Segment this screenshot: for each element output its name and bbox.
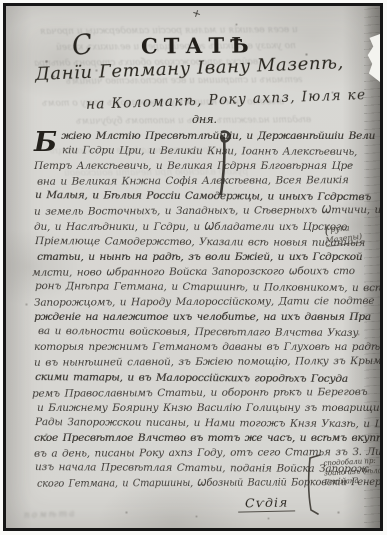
manuscript-body: Б жіею Млстію Пресвѣтлѣйшіи, и Державнѣй… <box>34 129 338 491</box>
manuscript-line: ремъ Православнымъ Статьи, и оборонѣ рѣк… <box>32 385 338 402</box>
bottom-margin-note: сподобали пр: здано изъ дѣла Гетмана <box>323 456 383 488</box>
manuscript-line: ронъ Днѣпра Гетмана, и Старшинѣ, и Полко… <box>35 279 339 296</box>
manuscript-line: ва и вольности войсковыя, Пресвѣтлаго Вл… <box>38 324 339 341</box>
signature-sudiya: Сѵдія <box>238 494 296 512</box>
manuscript-line: ское Пресвѣтлое Влчство въ тотъ же часъ,… <box>34 431 338 446</box>
manuscript-line: млсти, ново ѡбранного Войска Запорозског… <box>32 264 338 281</box>
manuscript-line: ского Гетмана, и Старшины, Ѡбозный Васил… <box>37 475 338 492</box>
manuscript-line: въ а день, писаны Року ахпз Году, отъ се… <box>34 445 338 462</box>
manuscript-line: и земель Восточныхъ, и Западныхъ, и Сѣве… <box>34 204 338 221</box>
faded-smudge-note: помѣта <box>24 509 77 521</box>
manuscript-line: Запорожцомъ, и Народу Малороссійскому, Д… <box>34 294 338 311</box>
margin-note-paren: ( <box>324 225 330 235</box>
paper-specks <box>6 6 7 7</box>
manuscript-line: которыя прежнимъ Гетманомъ даваны въ Глу… <box>34 340 338 355</box>
subtitle-place-date: на Коломакѣ, Року ахпз, Іюля ке <box>86 87 367 113</box>
manuscript-line: и въ нынѣшней славной, зъ Бжіею помощію,… <box>34 355 338 372</box>
cross-mark: + <box>190 6 203 21</box>
title-swash: С <box>70 29 95 63</box>
manuscript-line: кіи Гсдри Цри, и Великіи Кнзи, Іоаннъ Ал… <box>33 143 339 160</box>
page-title: СТАТѢ <box>141 32 255 58</box>
manuscript-line: Рады Запорожскои писаны, и Нами тогожъ К… <box>35 415 339 432</box>
manuscript-line: Пріемлюще Самодержство, Указали всѣ новы… <box>35 234 339 251</box>
manuscript-line: жіею Млстію Пресвѣтлѣйшіи, и Державнѣйші… <box>34 129 338 144</box>
manuscript-line: ди, и Наслѣдники, и Гсдри, и Ѡбладатели … <box>34 220 338 235</box>
manuscript-line: и Ближнему Боярину Кнзю Василію Голицыну… <box>37 401 338 416</box>
manuscript-line: Петръ Алексѣевичь, и Великая Гсдрня Блго… <box>34 159 338 174</box>
manuscript-photo: и всея великія и малыя россіи самодержцы… <box>3 3 383 531</box>
subtitle-day: дня. <box>192 113 217 126</box>
manuscript-line: скими татары, и въ Малороссійскихъ город… <box>35 370 339 387</box>
manuscript-line: статьи, и нынѣ на радѣ, зъ воли Бжіей, и… <box>37 250 338 265</box>
manuscript-line: ржденіе на належитое ихъ челобитье, на и… <box>34 310 338 325</box>
